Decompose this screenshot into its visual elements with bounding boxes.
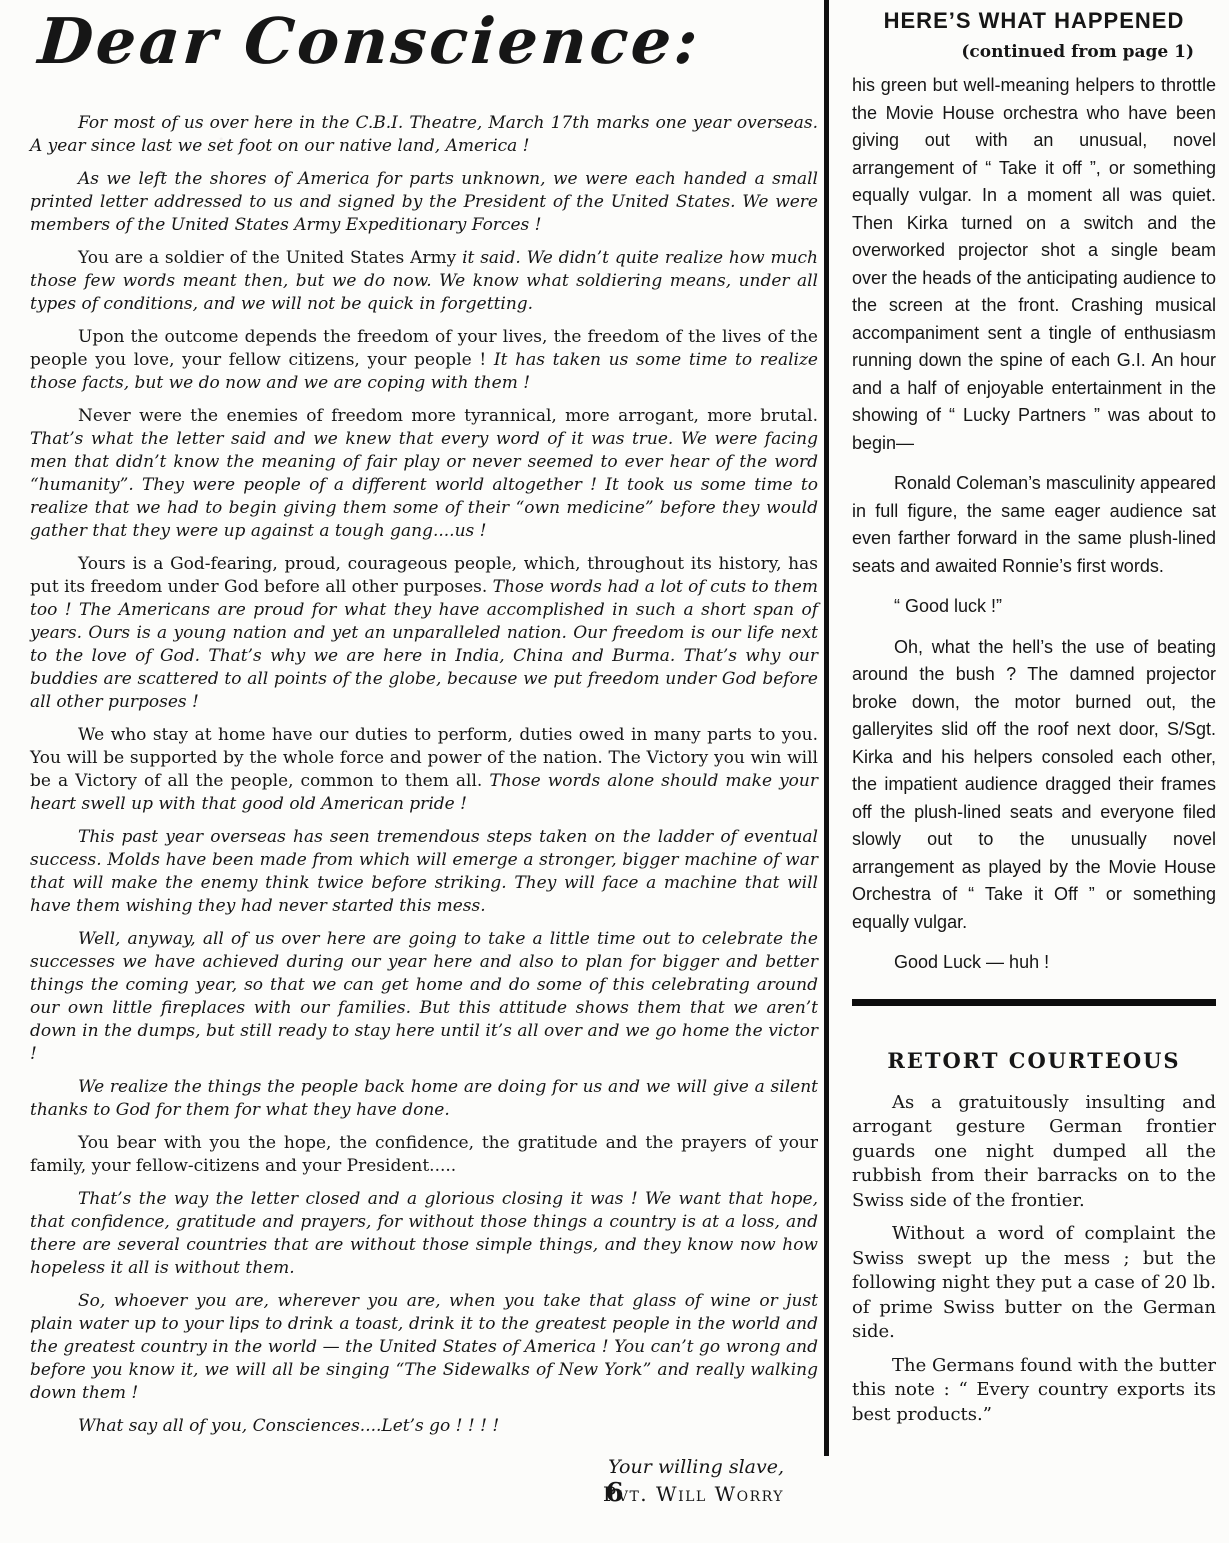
heres-what-happened-body: his green but well-meaning helpers to th…	[852, 72, 1216, 977]
page-number: 6	[0, 1478, 1229, 1508]
italic-text-segment: As we left the shores of America for par…	[30, 169, 818, 235]
paragraph: his green but well-meaning helpers to th…	[852, 72, 1216, 457]
paragraph: For most of us over here in the C.B.I. T…	[30, 112, 818, 158]
heres-what-happened-title: HERE’S WHAT HAPPENED	[852, 8, 1216, 34]
column-divider-rule	[824, 0, 829, 1456]
paragraph: You bear with you the hope, the confiden…	[30, 1132, 818, 1178]
paragraph: Yours is a God-fearing, proud, courageou…	[30, 553, 818, 714]
dear-conscience-body: For most of us over here in the C.B.I. T…	[30, 112, 818, 1438]
italic-text-segment: That’s what the letter said and we knew …	[30, 429, 818, 541]
continued-from-page-note: (continued from page 1)	[852, 42, 1216, 62]
italic-text-segment: This past year overseas has seen tremend…	[30, 827, 818, 916]
italic-text-segment: We realize the things the people back ho…	[30, 1077, 818, 1120]
paragraph: Oh, what the hell’s the use of beating a…	[852, 634, 1216, 937]
paragraph: The Germans found with the butter this n…	[852, 1354, 1216, 1428]
paragraph: Without a word of complaint the Swiss sw…	[852, 1222, 1216, 1345]
paragraph: What say all of you, Consciences....Let’…	[30, 1415, 818, 1438]
paragraph: “ Good luck !”	[852, 593, 1216, 621]
paragraph: We who stay at home have our duties to p…	[30, 724, 818, 816]
paragraph: Good Luck — huh !	[852, 949, 1216, 977]
italic-text-segment: So, whoever you are, wherever you are, w…	[30, 1291, 818, 1403]
text-segment: You are a soldier of the United States A…	[78, 248, 462, 268]
text-segment: Never were the enemies of freedom more t…	[78, 406, 818, 426]
text-segment: You bear with you the hope, the confiden…	[30, 1133, 818, 1176]
italic-text-segment: What say all of you, Consciences....Let’…	[78, 1416, 499, 1436]
left-column: Dear Conscience: For most of us over her…	[30, 4, 818, 1508]
paragraph: Well, anyway, all of us over here are go…	[30, 928, 818, 1066]
paragraph: You are a soldier of the United States A…	[30, 247, 818, 316]
italic-text-segment: For most of us over here in the C.B.I. T…	[30, 113, 818, 156]
dear-conscience-title: Dear Conscience:	[36, 4, 823, 78]
retort-courteous-body: As a gratuitously insulting and arrogant…	[852, 1091, 1216, 1428]
paragraph: As a gratuitously insulting and arrogant…	[852, 1091, 1216, 1214]
right-column: HERE’S WHAT HAPPENED (continued from pag…	[852, 8, 1216, 1436]
italic-text-segment: Those words had a lot of cuts to them to…	[30, 577, 818, 712]
paragraph: This past year overseas has seen tremend…	[30, 826, 818, 918]
paragraph: Upon the outcome depends the freedom of …	[30, 326, 818, 395]
italic-text-segment: That’s the way the letter closed and a g…	[30, 1189, 818, 1278]
italic-text-segment: Well, anyway, all of us over here are go…	[30, 929, 818, 1064]
paragraph: As we left the shores of America for par…	[30, 168, 818, 237]
section-divider-bar	[852, 999, 1216, 1006]
retort-courteous-title: RETORT COURTEOUS	[852, 1048, 1216, 1073]
paragraph: We realize the things the people back ho…	[30, 1076, 818, 1122]
paragraph: Ronald Coleman’s masculinity appeared in…	[852, 470, 1216, 580]
paragraph: Never were the enemies of freedom more t…	[30, 405, 818, 543]
paragraph: So, whoever you are, wherever you are, w…	[30, 1290, 818, 1405]
paragraph: That’s the way the letter closed and a g…	[30, 1188, 818, 1280]
signature-valediction: Your willing slave,	[30, 1454, 784, 1480]
